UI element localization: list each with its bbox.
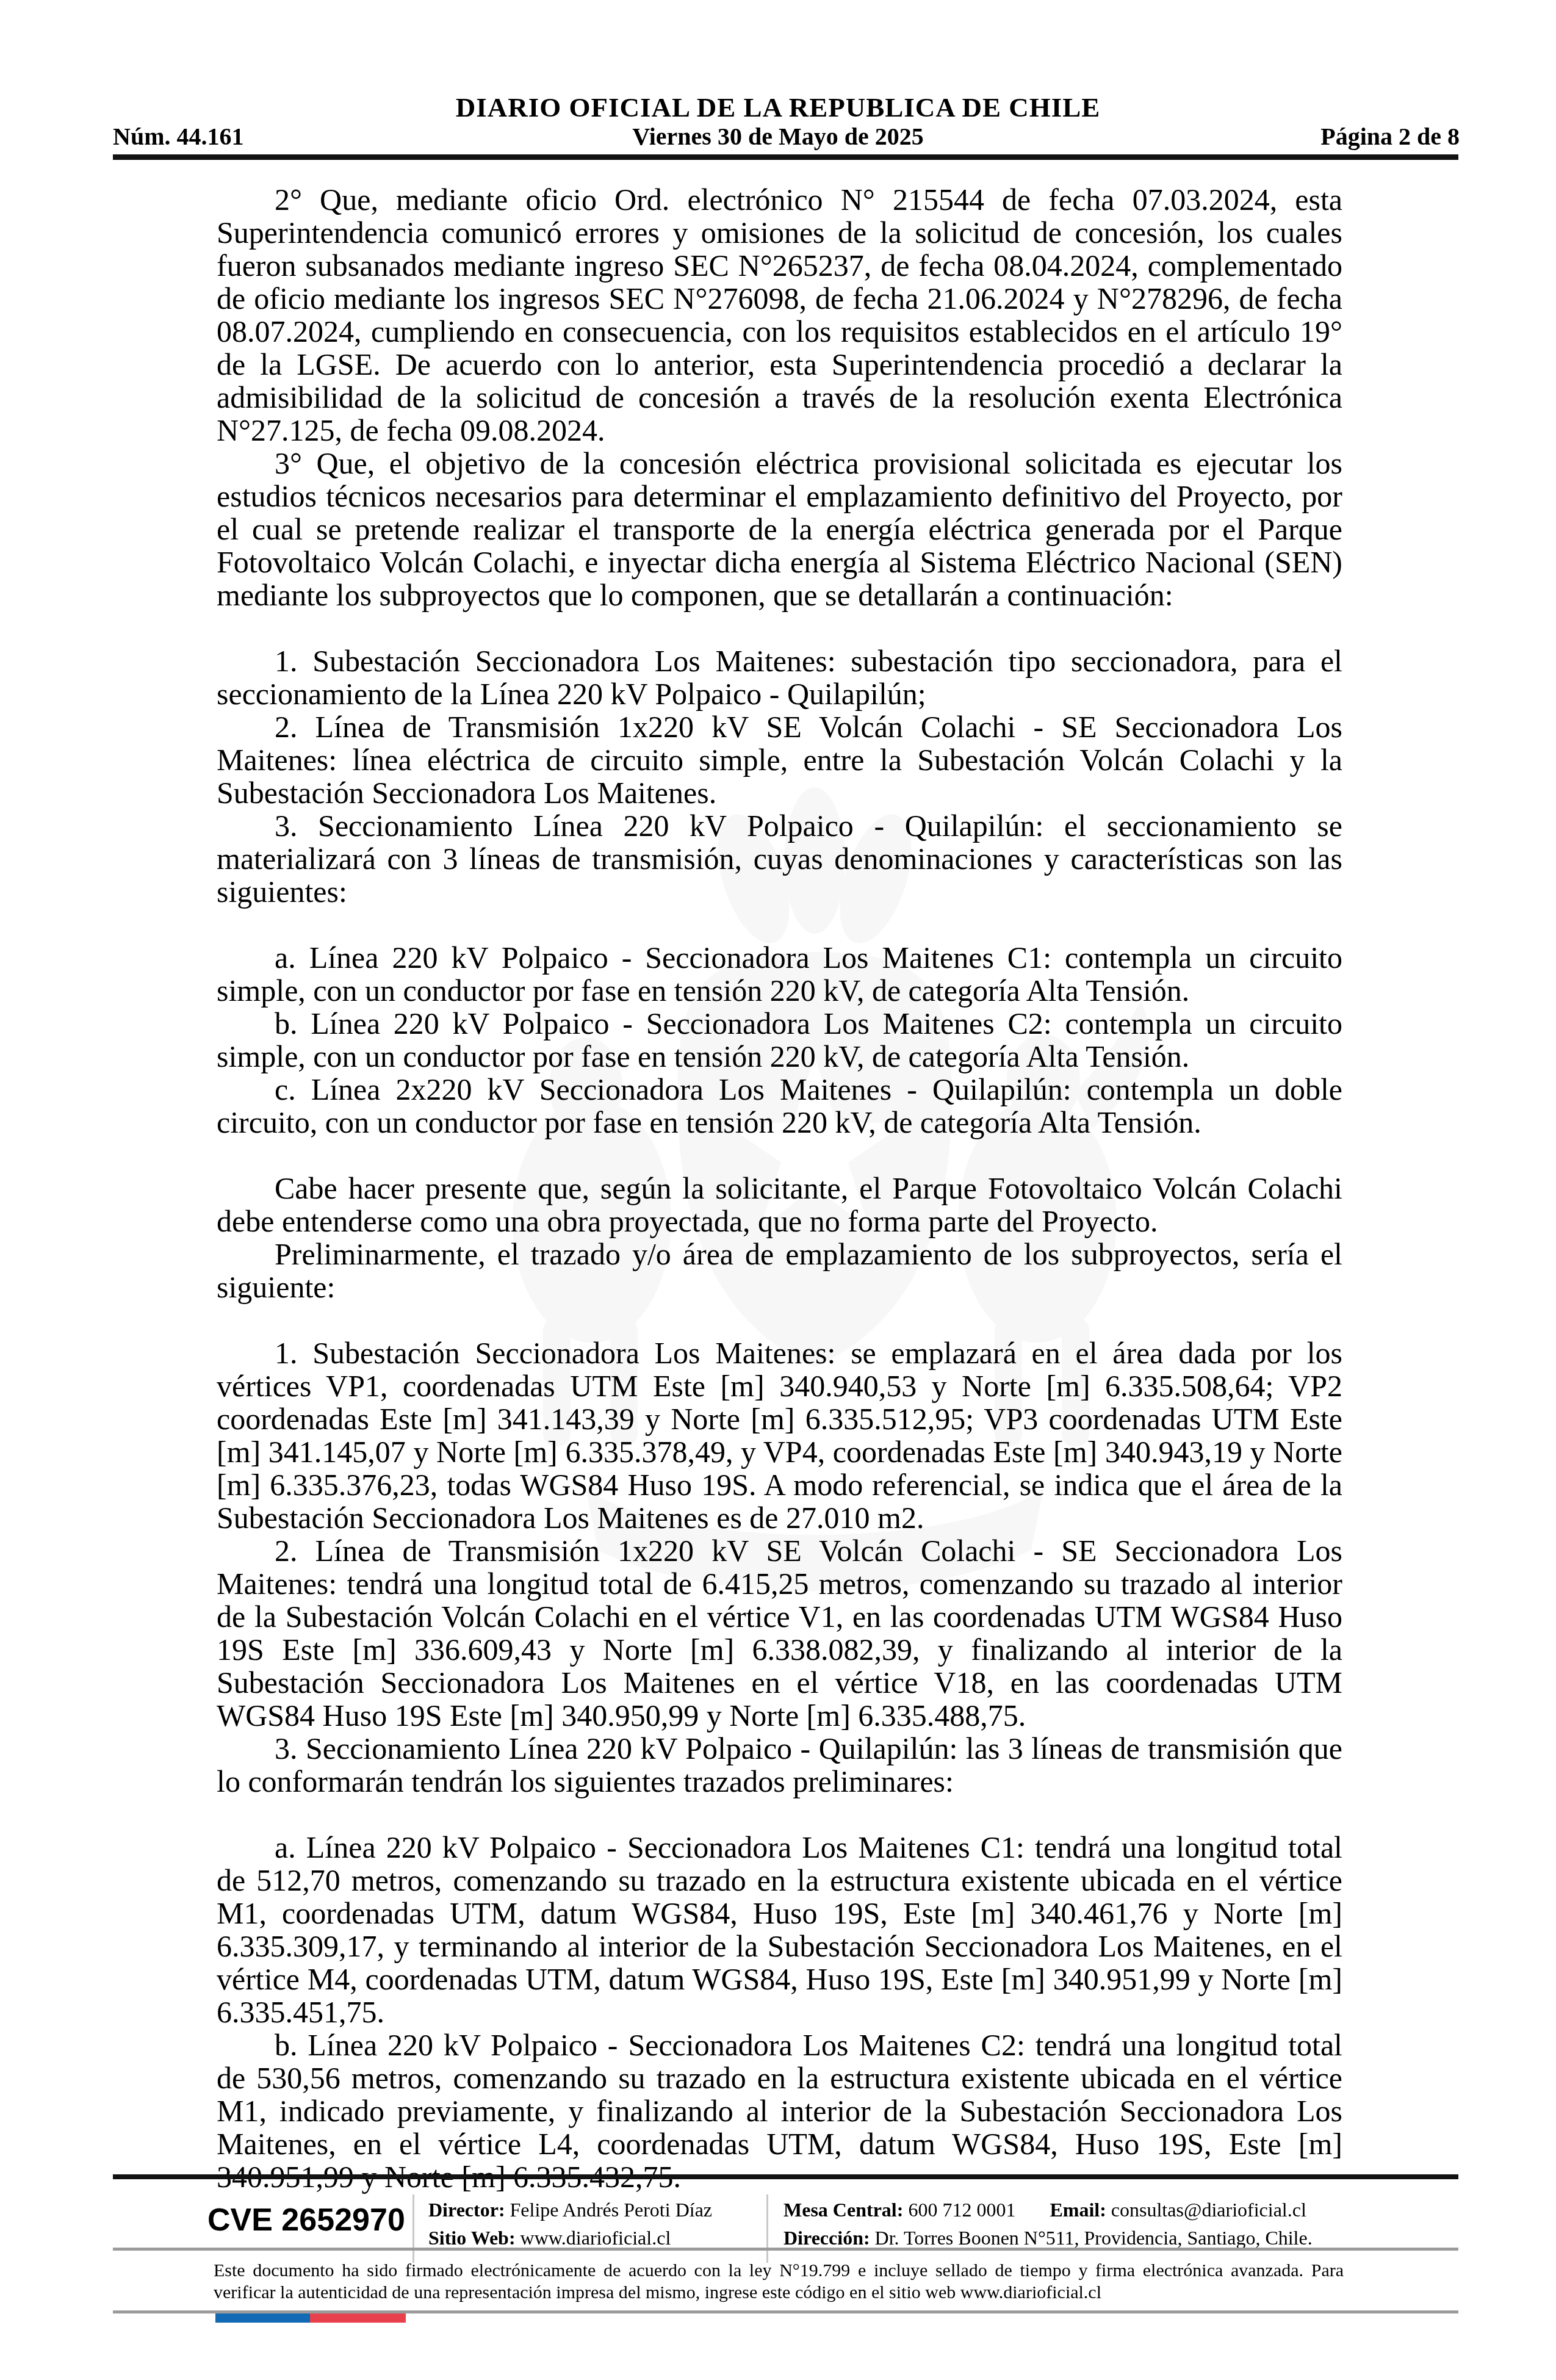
direccion-label: Dirección: <box>783 2227 870 2249</box>
body-paragraph: Preliminarmente, el trazado y/o área de … <box>217 1238 1342 1304</box>
footer-gray-rule-upper <box>113 2248 1458 2251</box>
sitio-web-label: Sitio Web: <box>428 2227 516 2249</box>
director-label: Director: <box>428 2199 505 2221</box>
footer-top-rule <box>113 2174 1458 2179</box>
flag-red-segment <box>310 2313 406 2323</box>
body-paragraph: 1. Subestación Seccionadora Los Maitenes… <box>217 1336 1342 1534</box>
body-paragraph: 3. Seccionamiento Línea 220 kV Polpaico … <box>217 809 1342 908</box>
body-paragraph: 2. Línea de Transmisión 1x220 kV SE Volc… <box>217 1534 1342 1732</box>
cve-code: CVE 2652970 <box>207 2202 405 2238</box>
mesa-central-value: 600 712 0001 <box>908 2199 1015 2221</box>
footer-divider-1 <box>412 2194 414 2263</box>
director-value: Felipe Andrés Peroti Díaz <box>510 2199 712 2221</box>
body-paragraph: 2. Línea de Transmisión 1x220 kV SE Volc… <box>217 710 1342 809</box>
document-body: 2° Que, mediante oficio Ord. electrónico… <box>217 183 1342 2193</box>
body-paragraph: 3. Seccionamiento Línea 220 kV Polpaico … <box>217 1732 1342 1798</box>
publication-title: DIARIO OFICIAL DE LA REPUBLICA DE CHILE <box>0 92 1556 123</box>
body-paragraph: c. Línea 2x220 kV Seccionadora Los Maite… <box>217 1073 1342 1139</box>
body-paragraph: b. Línea 220 kV Polpaico - Seccionadora … <box>217 1007 1342 1073</box>
footer-director-line: Director: Felipe Andrés Peroti Díaz <box>428 2196 712 2224</box>
body-paragraph: a. Línea 220 kV Polpaico - Seccionadora … <box>217 941 1342 1007</box>
body-paragraph: 1. Subestación Seccionadora Los Maitenes… <box>217 644 1342 710</box>
body-paragraph: a. Línea 220 kV Polpaico - Seccionadora … <box>217 1831 1342 2028</box>
email-value: consultas@diarioficial.cl <box>1111 2199 1306 2221</box>
header-rule <box>113 154 1458 160</box>
email-label: Email: <box>1050 2199 1106 2221</box>
body-paragraph: Cabe hacer presente que, según la solici… <box>217 1172 1342 1238</box>
footer-divider-2 <box>766 2194 768 2263</box>
footer-director-block: Director: Felipe Andrés Peroti Díaz Siti… <box>428 2196 712 2252</box>
body-paragraph: b. Línea 220 kV Polpaico - Seccionadora … <box>217 2028 1342 2193</box>
direccion-value: Dr. Torres Boonen N°511, Providencia, Sa… <box>875 2227 1313 2249</box>
mesa-central-label: Mesa Central: <box>783 2199 903 2221</box>
legal-notice: Este documento ha sido firmado electróni… <box>214 2260 1344 2304</box>
chile-flag-mark <box>215 2313 406 2323</box>
sitio-web-value: www.diarioficial.cl <box>520 2227 671 2249</box>
footer-contact-line1: Mesa Central: 600 712 0001 Email: consul… <box>783 2196 1313 2224</box>
gazette-page: DIARIO OFICIAL DE LA REPUBLICA DE CHILE … <box>0 0 1556 2380</box>
body-paragraph: 3° Que, el objetivo de la concesión eléc… <box>217 447 1342 611</box>
flag-blue-segment <box>215 2313 310 2323</box>
page-indicator: Página 2 de 8 <box>1320 122 1460 151</box>
footer-contact-block: Mesa Central: 600 712 0001 Email: consul… <box>783 2196 1313 2252</box>
body-paragraph: 2° Que, mediante oficio Ord. electrónico… <box>217 183 1342 447</box>
